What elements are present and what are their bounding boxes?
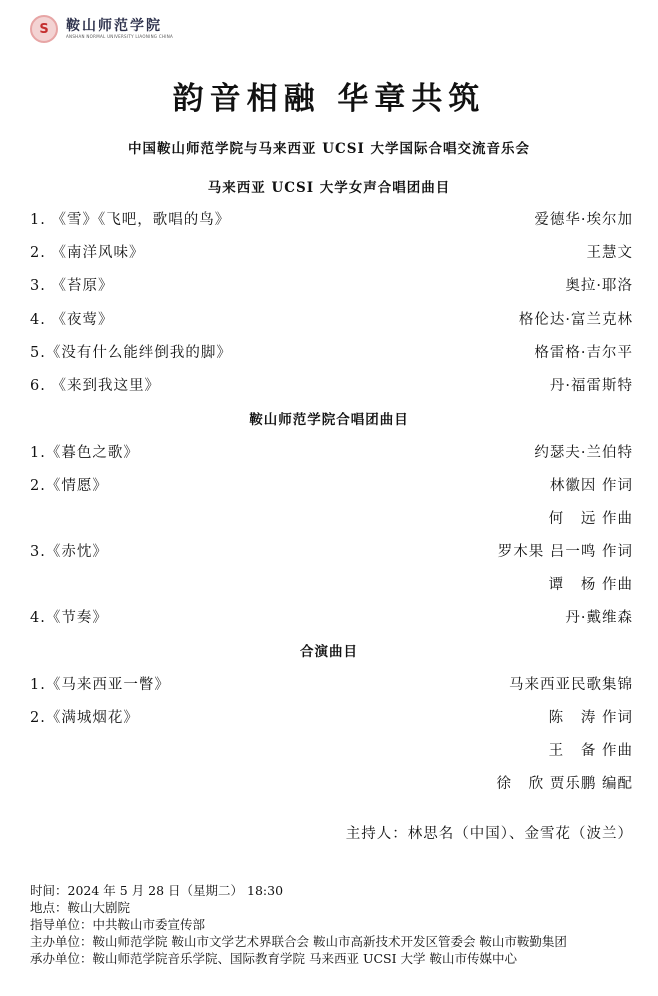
piece-title: 4. 《夜莺》 — [30, 308, 113, 329]
piece-credit: 奥拉·耶洛 — [565, 274, 633, 295]
info-value: 鞍山师范学院音乐学院、国际教育学院 马来西亚 UCSI 大学 鞍山市传媒中心 — [93, 950, 518, 967]
piece-title: 3. 《苔原》 — [30, 274, 113, 295]
piece-title: 1.《暮色之歌》 — [30, 441, 139, 462]
page-subtitle: 中国鞍山师范学院与马来西亚 UCSI 大学国际合唱交流音乐会 — [0, 137, 658, 157]
program-item: 3.《赤忱》罗木果 吕一鸣 作词 — [30, 540, 633, 560]
program-item: 6. 《来到我这里》丹·福雷斯特 — [30, 374, 633, 394]
logo-text: 鞍山师范学院 ANSHAN NORMAL UNIVERSITY LIAONING… — [66, 18, 173, 40]
piece-title: 4.《节奏》 — [30, 606, 108, 627]
info-label: 承办单位： — [30, 950, 93, 967]
program-item: 4. 《夜莺》格伦达·富兰克林 — [30, 308, 633, 328]
program-item: 2.《情愿》林徽因 作词 — [30, 474, 633, 494]
section-heading-anshan: 鞍山师范学院合唱团曲目 — [0, 408, 658, 428]
info-guidance: 指导单位：中共鞍山市委宣传部 — [30, 916, 640, 933]
piece-credit: 王 备 作曲 — [549, 739, 633, 760]
logo-name-en: ANSHAN NORMAL UNIVERSITY LIAONING CHINA — [66, 34, 173, 40]
piece-title: 3.《赤忱》 — [30, 540, 108, 561]
program-item: 1. 《雪》《飞吧，歌唱的鸟》爱德华·埃尔加 — [30, 208, 633, 228]
info-host-units: 主办单位：鞍山师范学院 鞍山市文学艺术界联合会 鞍山市高新技术开发区管委会 鞍山… — [30, 933, 640, 950]
section-heading-ucsi: 马来西亚 UCSI 大学女声合唱团曲目 — [0, 176, 658, 196]
info-label: 地点： — [30, 899, 68, 916]
host-line: 主持人：林思名（中国）、金雪花（波兰） — [346, 822, 633, 843]
program-item: 何 远 作曲 — [30, 507, 633, 527]
piece-title: 5.《没有什么能绊倒我的脚》 — [30, 341, 232, 362]
piece-credit: 罗木果 吕一鸣 作词 — [498, 540, 633, 561]
program-item: 1.《暮色之歌》约瑟夫·兰伯特 — [30, 441, 633, 461]
piece-title: 2.《满城烟花》 — [30, 706, 139, 727]
program-item: 5.《没有什么能绊倒我的脚》格雷格·吉尔平 — [30, 341, 633, 361]
piece-title: 6. 《来到我这里》 — [30, 374, 160, 395]
piece-title: 1. 《雪》《飞吧，歌唱的鸟》 — [30, 208, 230, 229]
program-item: 2.《满城烟花》陈 涛 作词 — [30, 706, 633, 726]
program-item: 徐 欣 贾乐鹏 编配 — [30, 772, 633, 792]
university-emblem-icon: S — [30, 15, 58, 43]
piece-credit: 徐 欣 贾乐鹏 编配 — [496, 772, 633, 793]
piece-credit: 何 远 作曲 — [549, 507, 633, 528]
info-label: 指导单位： — [30, 916, 93, 933]
piece-credit: 格雷格·吉尔平 — [534, 341, 633, 362]
piece-credit: 王慧文 — [587, 241, 634, 262]
program-item: 2. 《南洋风味》王慧文 — [30, 241, 633, 261]
piece-title: 2. 《南洋风味》 — [30, 241, 144, 262]
info-organizers: 承办单位：鞍山师范学院音乐学院、国际教育学院 马来西亚 UCSI 大学 鞍山市传… — [30, 950, 640, 967]
piece-credit: 格伦达·富兰克林 — [519, 308, 633, 329]
piece-credit: 陈 涛 作词 — [549, 706, 633, 727]
piece-credit: 爱德华·埃尔加 — [534, 208, 633, 229]
program-item: 王 备 作曲 — [30, 739, 633, 759]
piece-title: 1.《马来西亚一瞥》 — [30, 673, 170, 694]
piece-credit: 约瑟夫·兰伯特 — [534, 441, 633, 462]
piece-credit: 马来西亚民歌集锦 — [509, 673, 633, 694]
info-value: 鞍山师范学院 鞍山市文学艺术界联合会 鞍山市高新技术开发区管委会 鞍山市鞍勤集团 — [93, 933, 567, 950]
info-label: 时间： — [30, 882, 68, 899]
info-value: 中共鞍山市委宣传部 — [93, 916, 206, 933]
program-item: 4.《节奏》丹·戴维森 — [30, 606, 633, 626]
info-label: 主办单位： — [30, 933, 93, 950]
info-value: 鞍山大剧院 — [68, 899, 131, 916]
program-item: 1.《马来西亚一瞥》马来西亚民歌集锦 — [30, 673, 633, 693]
logo-name-cn: 鞍山师范学院 — [66, 18, 173, 34]
program-item: 3. 《苔原》奥拉·耶洛 — [30, 274, 633, 294]
piece-credit: 林徽因 作词 — [550, 474, 633, 495]
event-info: 时间：2024 年 5 月 28 日（星期二） 18:30 地点：鞍山大剧院 指… — [30, 882, 640, 967]
program-item: 谭 杨 作曲 — [30, 573, 633, 593]
piece-credit: 丹·戴维森 — [565, 606, 633, 627]
info-time: 时间：2024 年 5 月 28 日（星期二） 18:30 — [30, 882, 640, 899]
piece-credit: 谭 杨 作曲 — [549, 573, 633, 594]
page-title: 韵音相融 华章共筑 — [0, 73, 658, 118]
piece-title: 2.《情愿》 — [30, 474, 108, 495]
info-venue: 地点：鞍山大剧院 — [30, 899, 640, 916]
section-heading-joint: 合演曲目 — [0, 640, 658, 660]
university-logo: S 鞍山师范学院 ANSHAN NORMAL UNIVERSITY LIAONI… — [30, 15, 173, 43]
piece-credit: 丹·福雷斯特 — [550, 374, 633, 395]
info-value: 2024 年 5 月 28 日（星期二） 18:30 — [68, 882, 284, 899]
